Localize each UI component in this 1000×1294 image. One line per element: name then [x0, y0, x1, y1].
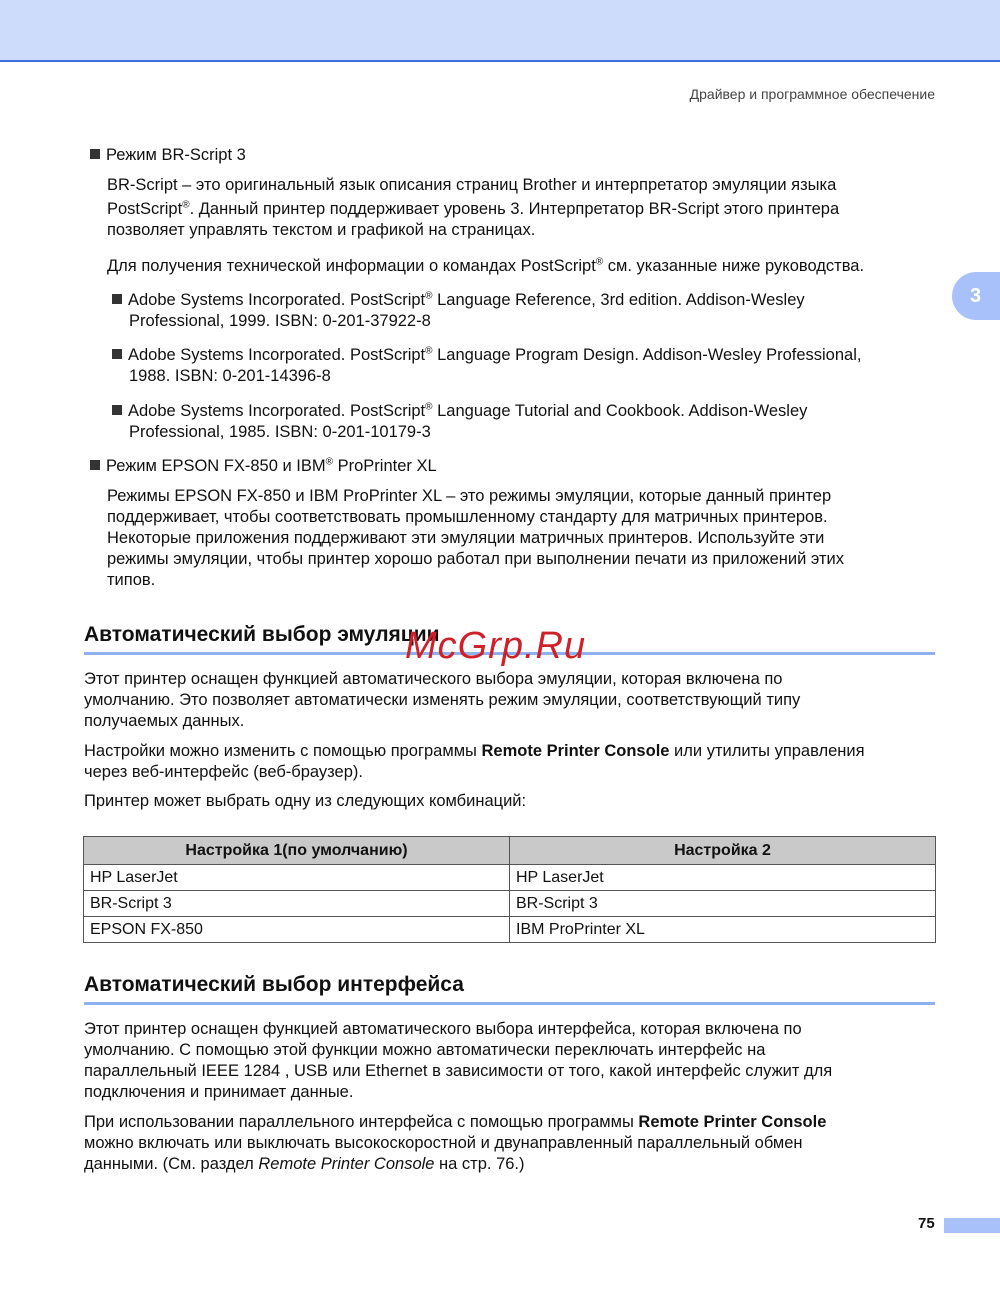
combinations-intro: Принтер может выбрать одну из следующих …	[84, 791, 526, 812]
column-header: Настройка 2	[510, 837, 936, 865]
reference-item: Adobe Systems Incorporated. PostScript® …	[112, 290, 805, 332]
brscript-info-paragraph: Для получения технической информации о к…	[107, 256, 864, 277]
table-row: EPSON FX-850 IBM ProPrinter XL	[84, 917, 936, 943]
table-cell: BR-Script 3	[84, 891, 510, 917]
table-cell: HP LaserJet	[510, 865, 936, 891]
page-number: 75	[918, 1215, 935, 1232]
bullet-epson: Режим EPSON FX-850 и IBM® ProPrinter XL	[90, 456, 437, 477]
epson-paragraph: Режимы EPSON FX-850 и IBM ProPrinter XL …	[107, 486, 844, 591]
heading-rule	[84, 1002, 935, 1005]
table-header-row: Настройка 1(по умолчанию) Настройка 2	[84, 837, 936, 865]
table-cell: HP LaserJet	[84, 865, 510, 891]
chapter-number: 3	[970, 285, 981, 308]
table-cell: IBM ProPrinter XL	[510, 917, 936, 943]
table-cell: BR-Script 3	[510, 891, 936, 917]
table-cell: EPSON FX-850	[84, 917, 510, 943]
page-number-bar	[944, 1218, 1000, 1233]
settings-paragraph: Настройки можно изменить с помощью прогр…	[84, 741, 865, 783]
emulation-combinations-table: Настройка 1(по умолчанию) Настройка 2 HP…	[83, 836, 936, 943]
cross-reference-link[interactable]: Remote Printer Console	[258, 1155, 434, 1173]
brscript-paragraph: BR-Script – это оригинальный язык описан…	[107, 175, 839, 241]
parallel-paragraph: При использовании параллельного интерфей…	[84, 1112, 826, 1175]
square-bullet-icon	[112, 294, 122, 304]
square-bullet-icon	[90, 460, 100, 470]
table-row: HP LaserJet HP LaserJet	[84, 865, 936, 891]
running-header: Драйвер и программное обеспечение	[690, 86, 935, 102]
header-band	[0, 0, 1000, 62]
section-heading-emulation: Автоматический выбор эмуляции	[84, 623, 440, 647]
square-bullet-icon	[112, 405, 122, 415]
bullet-brscript: Режим BR-Script 3	[90, 145, 246, 166]
watermark: McGrp.Ru	[405, 625, 586, 668]
section-heading-interface: Автоматический выбор интерфейса	[84, 973, 464, 997]
square-bullet-icon	[112, 349, 122, 359]
square-bullet-icon	[90, 149, 100, 159]
reference-item: Adobe Systems Incorporated. PostScript® …	[112, 401, 807, 443]
column-header: Настройка 1(по умолчанию)	[84, 837, 510, 865]
interface-paragraph: Этот принтер оснащен функцией автоматиче…	[84, 1019, 832, 1103]
emulation-paragraph: Этот принтер оснащен функцией автоматиче…	[84, 669, 800, 732]
table-row: BR-Script 3 BR-Script 3	[84, 891, 936, 917]
chapter-tab: 3	[952, 272, 1000, 320]
reference-item: Adobe Systems Incorporated. PostScript® …	[112, 345, 861, 387]
